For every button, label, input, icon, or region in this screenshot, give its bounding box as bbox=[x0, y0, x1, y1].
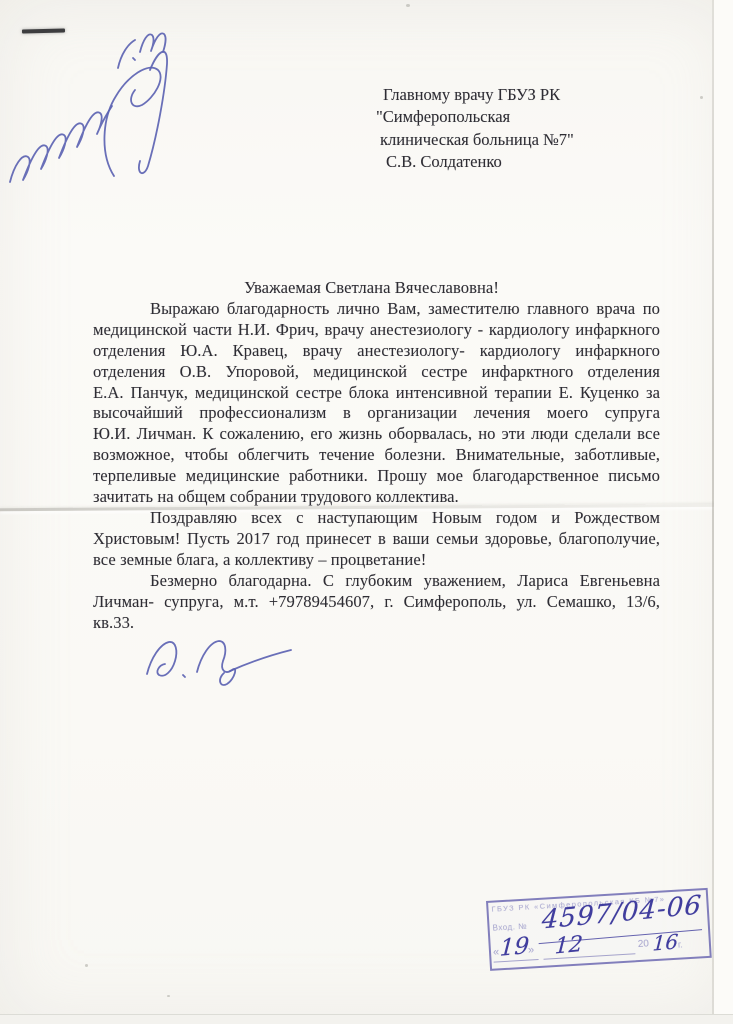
dust-speck bbox=[85, 964, 88, 967]
recipient-line: "Симферопольская bbox=[376, 106, 676, 128]
recipient-line: Главному врачу ГБУЗ РК bbox=[376, 84, 676, 106]
letter-line: отделения О.В. Упоровой, медицинской сес… bbox=[93, 362, 660, 383]
letter-line: Личман- супруга, м.т. +79789454607, г. С… bbox=[93, 592, 660, 613]
stamp-entry-label: Вход. № bbox=[492, 922, 527, 933]
letter-line: все земные блага, а коллективу – процвет… bbox=[93, 550, 660, 571]
registration-stamp: ГБУЗ РК «Симферопольская КБ №7» Вход. № … bbox=[486, 888, 712, 971]
letter-line: возможное, чтобы облегчить течение болез… bbox=[93, 445, 660, 466]
stamp-year-handwritten: 16 bbox=[652, 929, 679, 956]
stamp-day-handwritten: 19 bbox=[499, 933, 530, 962]
author-signature bbox=[133, 620, 298, 695]
letter-line: Е.А. Панчук, медицинской сестре блока ин… bbox=[93, 383, 660, 404]
recipient-line: С.В. Солдатенко bbox=[376, 151, 676, 173]
letter-line: Выражаю благодарность лично Вам, замести… bbox=[93, 299, 660, 320]
letter-line: зачитать на общем собрании трудового кол… bbox=[93, 487, 660, 508]
salutation: Уважаемая Светлана Вячеславовна! bbox=[93, 278, 660, 299]
stamp-quote-close: » bbox=[528, 944, 535, 956]
letter-line: Поздравляю всех с наступающим Новым годо… bbox=[93, 508, 660, 529]
dust-speck bbox=[700, 96, 703, 99]
recipient-line: клиническая больница №7" bbox=[376, 129, 676, 151]
letter-line: Христовым! Пусть 2017 год принесет в ваш… bbox=[93, 529, 660, 550]
letter-line: Безмерно благодарна. С глубоким уважение… bbox=[93, 571, 660, 592]
stamp-month-handwritten: 12 bbox=[554, 932, 584, 960]
dust-speck bbox=[167, 995, 170, 997]
letter-line: медицинской части Н.И. Фрич, врачу анест… bbox=[93, 320, 660, 341]
scanned-letter-page: Главному врачу ГБУЗ РК "Симферопольская … bbox=[0, 0, 733, 1024]
scan-right-margin bbox=[714, 0, 733, 1024]
letter-body: Уважаемая Светлана Вячеславовна! Выражаю… bbox=[93, 278, 660, 633]
stamp-year-suffix: г. bbox=[678, 939, 683, 949]
letter-line: терпеливые медицинские работники. Прошу … bbox=[93, 466, 660, 487]
scan-bottom-edge bbox=[0, 1014, 733, 1024]
stamp-year-prefix: 20 bbox=[638, 938, 650, 950]
dust-speck bbox=[406, 4, 410, 7]
letter-line: отделения Ю.А. Кравец, врачу анестезиоло… bbox=[93, 341, 660, 362]
handwritten-note bbox=[2, 6, 197, 196]
recipient-block: Главному врачу ГБУЗ РК "Симферопольская … bbox=[376, 84, 676, 173]
letter-line: высочайший профессионализм в организации… bbox=[93, 403, 660, 424]
letter-line: Ю.И. Личман. К сожалению, его жизнь обор… bbox=[93, 424, 660, 445]
